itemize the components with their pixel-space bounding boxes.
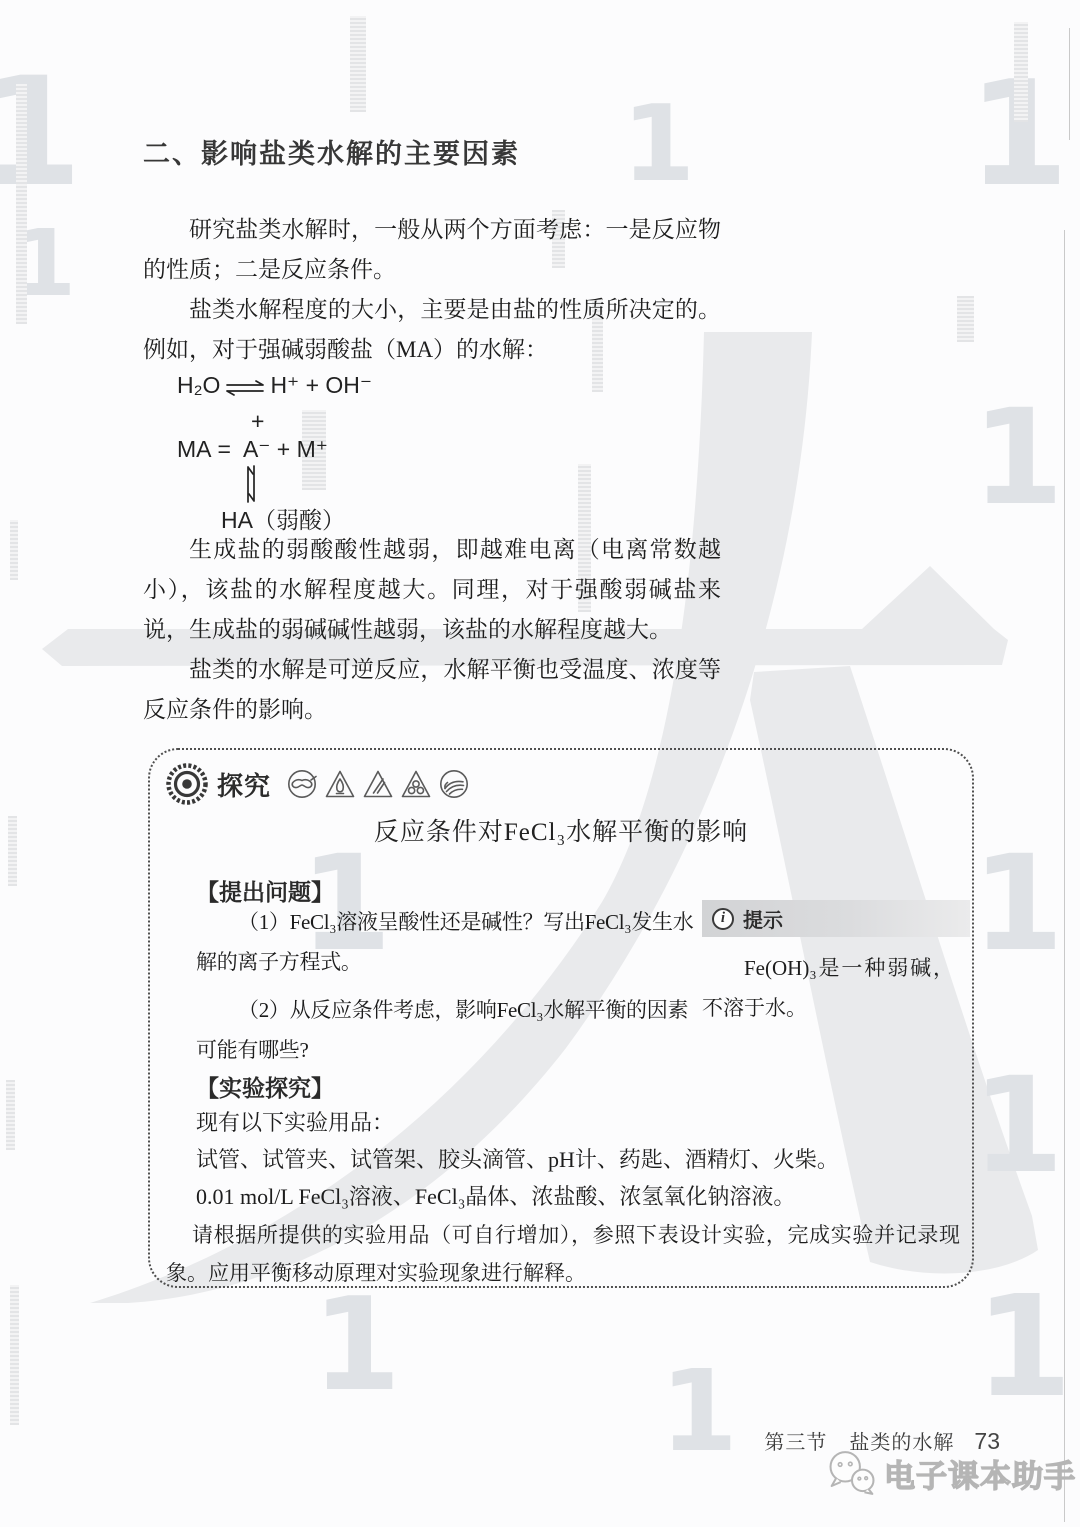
vertical-equilibrium-arrows-icon xyxy=(243,464,259,504)
activity-title: 反应条件对FeCl₃水解平衡的影响 xyxy=(150,812,972,848)
plus-sign: + xyxy=(251,408,264,435)
experiment-description: 现有以下实验用品： 试管、试管夹、试管架、胶头滴管、pH计、药匙、酒精灯、火柴。… xyxy=(166,1104,960,1292)
experiment-line: 现有以下实验用品： xyxy=(196,1104,930,1141)
experiment-instructions: 请根据所提供的实验用品（可自行增加），参照下表设计实验，完成实验并记录现象。应用… xyxy=(166,1216,960,1292)
questions: （1）FeCl₃溶液呈酸性还是碱性？写出FeCl₃发生水解的离子方程式。 （2）… xyxy=(196,902,704,1078)
body-text: 研究盐类水解时，一般从两个方面考虑：一是反应物的性质；二是反应条件。 盐类水解程… xyxy=(143,210,721,730)
salt-formula: MA xyxy=(177,436,212,463)
footer-section: 第三节 xyxy=(764,1432,827,1454)
brand-watermark-text: 电子课本助手 xyxy=(884,1451,1076,1496)
safety-icons-row xyxy=(285,767,471,801)
hint-label: 提示 xyxy=(743,904,783,933)
question-item: （2）从反应条件考虑，影响FeCl₃水解平衡的因素可能有哪些? xyxy=(196,990,704,1070)
info-icon: i xyxy=(712,908,734,930)
experiment-line: 试管、试管夹、试管架、胶头滴管、pH计、药匙、酒精灯、火柴。 xyxy=(196,1141,930,1178)
brand-watermark: 电子课本助手 xyxy=(826,1448,1076,1498)
ventilation-icon xyxy=(399,767,433,801)
exploration-box: 探究 xyxy=(148,748,974,1288)
experiment-line: 0.01 mol/L FeCl₃溶液、FeCl₃晶体、浓盐酸、浓氢氧化钠溶液。 xyxy=(196,1178,930,1215)
experiment-heading: 【实验探究】 xyxy=(196,1070,334,1103)
chat-bubbles-icon xyxy=(826,1448,878,1498)
hint-box: i 提示 Fe(OH)₃是一种弱碱，不溶于水。 xyxy=(702,900,970,1028)
question-item: （1）FeCl₃溶液呈酸性还是碱性？写出FeCl₃发生水解的离子方程式。 xyxy=(196,902,704,982)
equilibrium-arrows-icon xyxy=(225,380,265,396)
hydrolysis-equation-scheme: H₂O H⁺ + OH⁻ + MA = A⁻ + M⁺ xyxy=(177,370,721,530)
paragraph: 盐类的水解是可逆反应，水解平衡也受温度、浓度等反应条件的影响。 xyxy=(143,650,721,730)
equals-sign: = xyxy=(218,436,231,463)
water-ions: H⁺ + OH⁻ xyxy=(270,372,372,399)
explore-target-icon xyxy=(165,762,209,806)
wash-hands-icon xyxy=(437,767,471,801)
exploration-header: 探究 xyxy=(165,762,471,806)
explore-label: 探究 xyxy=(217,766,271,803)
page-content: 二、影响盐类水解的主要因素 研究盐类水解时，一般从两个方面考虑：一是反应物的性质… xyxy=(0,0,1080,1527)
weak-acid-product: HA（弱酸） xyxy=(221,502,345,535)
section-heading: 二、影响盐类水解的主要因素 xyxy=(143,132,520,171)
glassware-warning-icon xyxy=(361,767,395,801)
flame-warning-icon xyxy=(323,767,357,801)
hint-header: i 提示 xyxy=(702,900,970,937)
paragraph: 生成盐的弱酸酸性越弱，即越难电离（电离常数越小），该盐的水解程度越大。同理，对于… xyxy=(143,530,721,650)
paragraph: 盐类水解程度的大小，主要是由盐的性质所决定的。例如，对于强碱弱酸盐（MA）的水解… xyxy=(143,290,721,370)
hint-text: Fe(OH)₃是一种弱碱，不溶于水。 xyxy=(702,948,954,1028)
paragraph: 研究盐类水解时，一般从两个方面考虑：一是反应物的性质；二是反应条件。 xyxy=(143,210,721,290)
textbook-page: { "heading": { "section_title": "二、影响盐类水… xyxy=(0,0,1080,1527)
salt-ions: A⁻ + M⁺ xyxy=(243,436,328,463)
water-formula: H₂O xyxy=(177,372,220,399)
goggles-icon xyxy=(285,767,319,801)
